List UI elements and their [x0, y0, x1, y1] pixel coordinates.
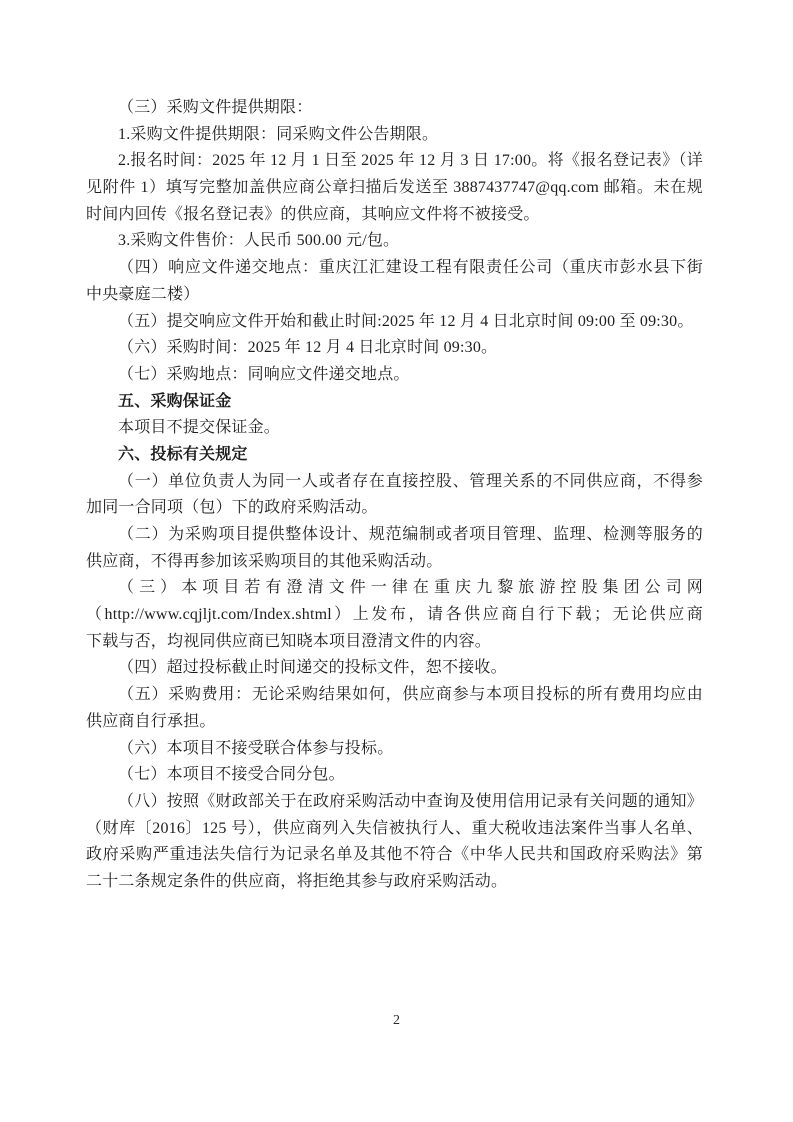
doc-line: （四）响应文件递交地点：重庆江汇建设工程有限责任公司（重庆市彭水县下街: [86, 255, 703, 282]
doc-line: （八）按照《财政部关于在政府采购活动中查询及使用信用记录有关问题的通知》: [86, 789, 703, 816]
doc-line: 见附件 1）填写完整加盖供应商公章扫描后发送至 3887437747@qq.co…: [86, 175, 703, 202]
doc-line: （六）本项目不接受联合体参与投标。: [86, 736, 703, 763]
doc-line: 二十二条规定条件的供应商，将拒绝其参与政府采购活动。: [86, 869, 703, 896]
doc-line: （一）单位负责人为同一人或者存在直接控股、管理关系的不同供应商，不得参: [86, 469, 703, 496]
doc-line: （七）采购地点：同响应文件递交地点。: [86, 362, 703, 389]
doc-line: 时间内回传《报名登记表》的供应商，其响应文件将不被接受。: [86, 202, 703, 229]
doc-line: （五）采购费用：无论采购结果如何，供应商参与本项目投标的所有费用均应由: [86, 682, 703, 709]
doc-line: 3.采购文件售价：人民币 500.00 元/包。: [86, 228, 703, 255]
document-body: （三）采购文件提供期限：1.采购文件提供期限：同采购文件公告期限。2.报名时间：…: [86, 95, 703, 896]
doc-line: （二）为采购项目提供整体设计、规范编制或者项目管理、监理、检测等服务的: [86, 522, 703, 549]
doc-line: （三）采购文件提供期限：: [86, 95, 703, 122]
doc-line: （财库〔2016〕125 号），供应商列入失信被执行人、重大税收违法案件当事人名…: [86, 816, 703, 843]
doc-line: 供应商，不得再参加该采购项目的其他采购活动。: [86, 549, 703, 576]
doc-line: （http://www.cqjljt.com/Index.shtml）上发布，请…: [86, 602, 703, 629]
page-number: 2: [393, 1013, 400, 1028]
doc-line: 下载与否，均视同供应商已知晓本项目澄清文件的内容。: [86, 629, 703, 656]
doc-line: （七）本项目不接受合同分包。: [86, 762, 703, 789]
doc-line: 六、投标有关规定: [86, 442, 703, 469]
doc-line: （四）超过投标截止时间递交的投标文件，恕不接收。: [86, 655, 703, 682]
doc-line: 本项目不提交保证金。: [86, 415, 703, 442]
document-page: （三）采购文件提供期限：1.采购文件提供期限：同采购文件公告期限。2.报名时间：…: [0, 0, 793, 1122]
doc-line: 2.报名时间：2025 年 12 月 1 日至 2025 年 12 月 3 日 …: [86, 148, 703, 175]
doc-line: 五、采购保证金: [86, 389, 703, 416]
doc-line: 中央豪庭二楼）: [86, 282, 703, 309]
doc-line: （三）本项目若有澄清文件一律在重庆九黎旅游控股集团公司网: [86, 575, 703, 602]
doc-line: 1.采购文件提供期限：同采购文件公告期限。: [86, 122, 703, 149]
doc-line: 供应商自行承担。: [86, 709, 703, 736]
doc-line: （五）提交响应文件开始和截止时间:2025 年 12 月 4 日北京时间 09:…: [86, 309, 703, 336]
page-footer: 2: [0, 1013, 793, 1029]
doc-line: （六）采购时间：2025 年 12 月 4 日北京时间 09:30。: [86, 335, 703, 362]
doc-line: 政府采购严重违法失信行为记录名单及其他不符合《中华人民共和国政府采购法》第: [86, 842, 703, 869]
doc-line: 加同一合同项（包）下的政府采购活动。: [86, 495, 703, 522]
